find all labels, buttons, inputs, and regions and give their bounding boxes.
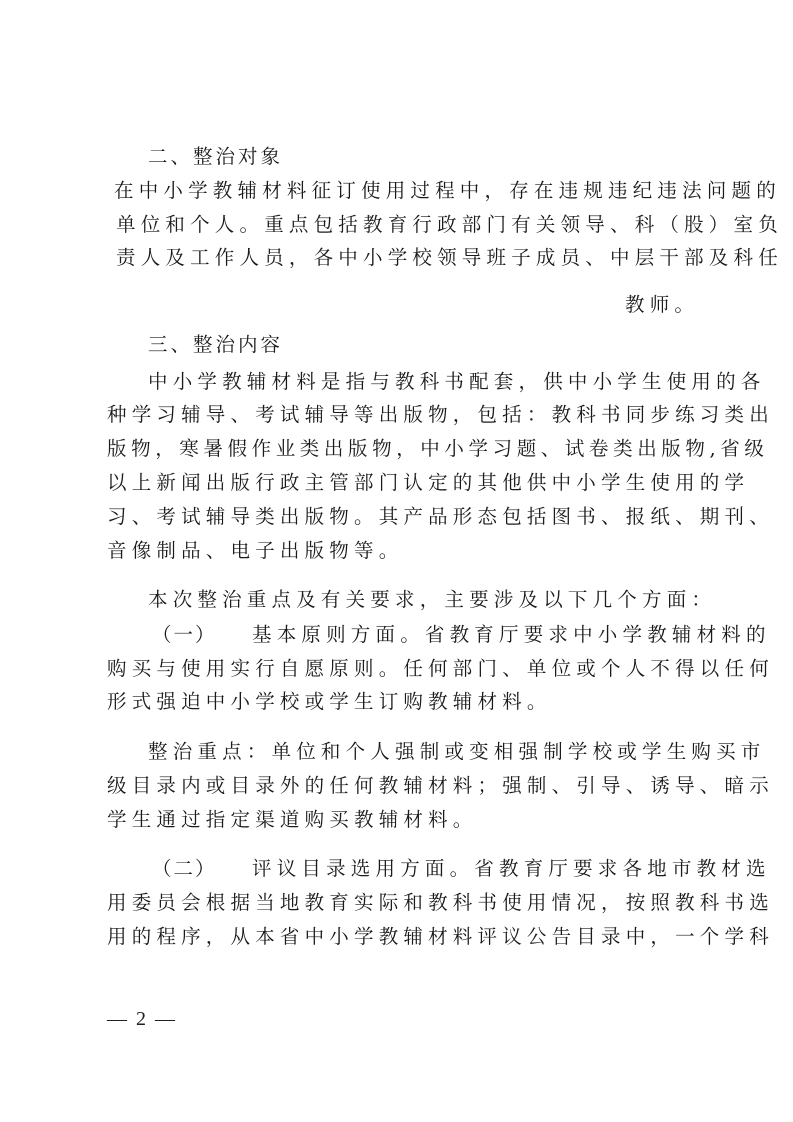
paragraph-line: 种学习辅导、考试辅导等出版物，包括：教科书同步练习类出 [107,403,774,427]
list-item-label: （二） [152,857,217,881]
paragraph-line: 中小学教辅材料是指与教科书配套，供中小学生使用的各 [148,370,766,394]
paragraph-line: 以上新闻出版行政主管部门认定的其他供中小学生使用的学 [107,471,749,495]
paragraph-line: 级目录内或目录外的任何教辅材料；强制、引导、诱导、暗示 [107,774,774,798]
section-heading-targets: 二、整治对象 [148,145,283,169]
paragraph-line: 用委员会根据当地教育实际和教科书使用情况，按照教科书选 [107,891,774,915]
section-heading-content: 三、整治内容 [148,333,283,357]
paragraph-line: 责人及工作人员，各中小学校领导班子成员、中层干部及科任 [116,246,783,270]
document-page: 二、整治对象 在中小学教辅材料征订使用过程中，存在违规违纪违法问题的 单位和个人… [0,0,793,1122]
paragraph-line: 整治重点：单位和个人强制或变相强制学校或学生购买市 [148,740,766,764]
page-number: — 2 — [107,1006,177,1032]
paragraph-line: 习、考试辅导类出版物。其产品形态包括图书、报纸、期刊、 [107,505,774,529]
paragraph-line: 用的程序，从本省中小学教辅材料评议公告目录中，一个学科 [107,925,774,949]
paragraph-line: 形式强迫中小学校或学生订购教辅材料。 [107,690,552,714]
paragraph-line: 购买与使用实行自愿原则。任何部门、单位或个人不得以任何 [107,657,774,681]
list-item-label: （一） [152,623,217,647]
paragraph-line: 版物，寒暑假作业类出版物，中小学习题、试卷类出版物,省级 [107,437,769,461]
paragraph-line: 单位和个人。重点包括教育行政部门有关领导、科（股）室负 [116,213,783,237]
paragraph-line: 在中小学教辅材料征订使用过程中，存在违规违纪违法问题的 [114,179,781,203]
paragraph-line: 基本原则方面。省教育厅要求中小学教辅材料的 [252,623,771,647]
paragraph-line: 学生通过指定渠道购买教辅材料。 [107,808,478,832]
paragraph-line: 本次整治重点及有关要求，主要涉及以下几个方面： [148,588,716,612]
paragraph-line: 评议目录选用方面。省教育厅要求各地市教材选 [252,857,771,881]
paragraph-line: 教师。 [625,293,699,317]
paragraph-line: 音像制品、电子出版物等。 [107,539,403,563]
